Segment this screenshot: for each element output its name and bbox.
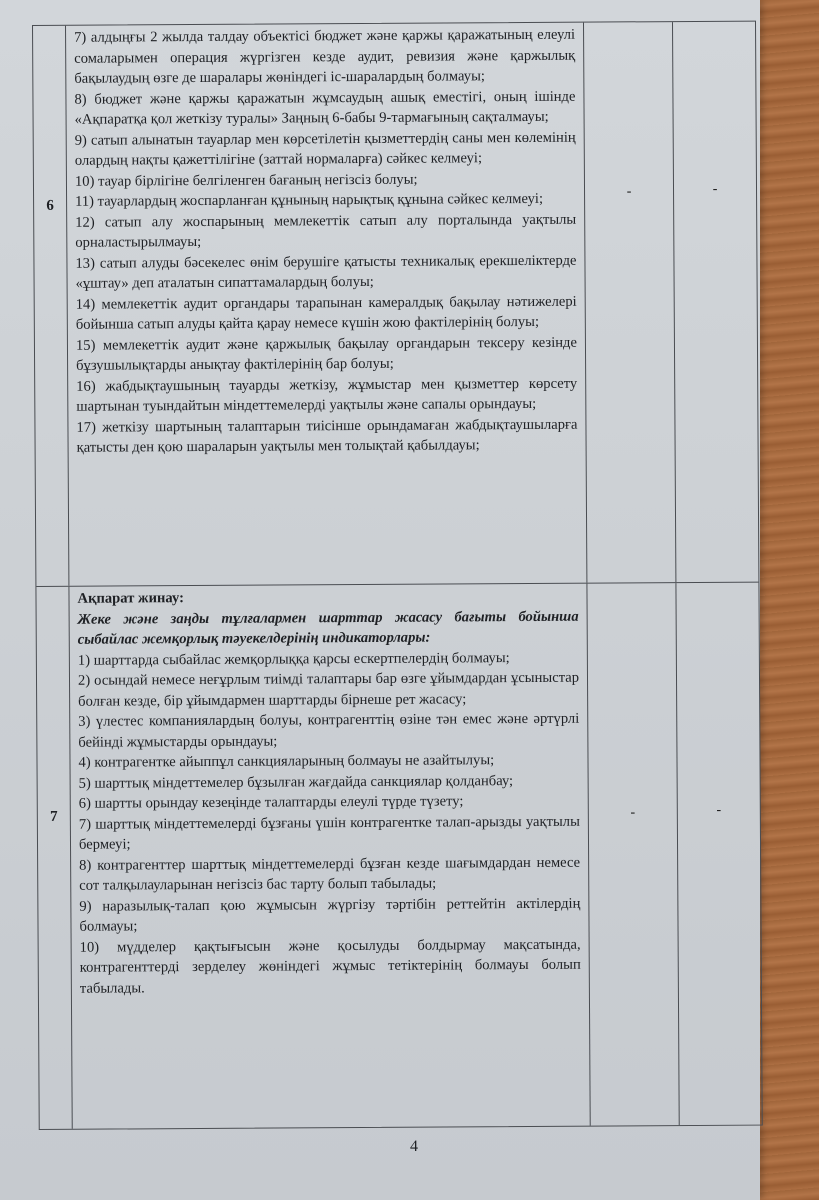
empty-value-dash: - [716,803,721,819]
indicator-list: 7) алдыңғы 2 жылда талдау объектісі бюдж… [66,23,587,586]
column-3-cell: - [584,22,676,583]
list-item: 7) шарттық міндеттемелерді бұзғаны үшін … [79,811,580,855]
list-item: 8) контрагенттер шарттық міндеттемелерді… [79,852,580,896]
list-item: 3) үлестес компаниялардың болуы, контраг… [78,709,579,753]
empty-value-dash: - [713,182,718,198]
list-item: 2) осындай немесе неғұрлым тиімді талапт… [78,668,579,712]
wooden-desk-surface [759,0,819,1200]
list-item: 16) жабдықтаушының тауарды жеткізу, жұмы… [76,373,577,417]
section-subheading: Жеке және заңды тұлғалармен шарттар жаса… [78,606,579,650]
list-item: 11) тауарлардың жоспарланған құнының нар… [75,189,576,213]
column-3-cell: - [587,583,679,1126]
list-item: 9) наразылық-талап қою жұмысын жүргізу т… [79,893,580,937]
column-4-cell: - [676,583,761,1125]
empty-value-dash: - [627,184,632,200]
list-item: 17) жеткізу шартының талаптарын тиісінше… [76,414,577,458]
list-item: 5) шарттық міндеттемелер бұзылған жағдай… [79,770,580,794]
list-item: 7) алдыңғы 2 жылда талдау объектісі бюдж… [74,25,575,90]
list-item: 10) мүдделер қақтығысын және қосылуды бо… [80,934,581,999]
indicator-table: 6 7) алдыңғы 2 жылда талдау объектісі бю… [32,21,763,1130]
list-item: 14) мемлекеттік аудит органдары тарапына… [76,291,577,335]
column-4-cell: - [673,22,758,582]
document-page: 6 7) алдыңғы 2 жылда талдау объектісі бю… [0,0,760,1200]
indicator-list: Ақпарат жинау: Жеке және заңды тұлғаларм… [69,584,590,1129]
table-row-7: 7 Ақпарат жинау: Жеке және заңды тұлғала… [36,583,761,1129]
row-number: 6 [33,26,69,586]
list-item: 13) сатып алуды бәсекелес өнім берушіге … [75,250,576,294]
list-item: 12) сатып алу жоспарының мемлекеттік сат… [75,209,576,253]
list-item: 15) мемлекеттік аудит және қаржылық бақы… [76,332,577,376]
list-item: 8) бюджет және қаржы қаражатын жұмсаудың… [74,86,575,130]
row-number: 7 [36,587,72,1129]
page-number: 4 [410,1138,418,1156]
list-item: 9) сатып алынатын тауарлар мен көрсетіле… [75,127,576,171]
table-row-6: 6 7) алдыңғы 2 жылда талдау объектісі бю… [33,22,758,587]
empty-value-dash: - [630,805,635,821]
